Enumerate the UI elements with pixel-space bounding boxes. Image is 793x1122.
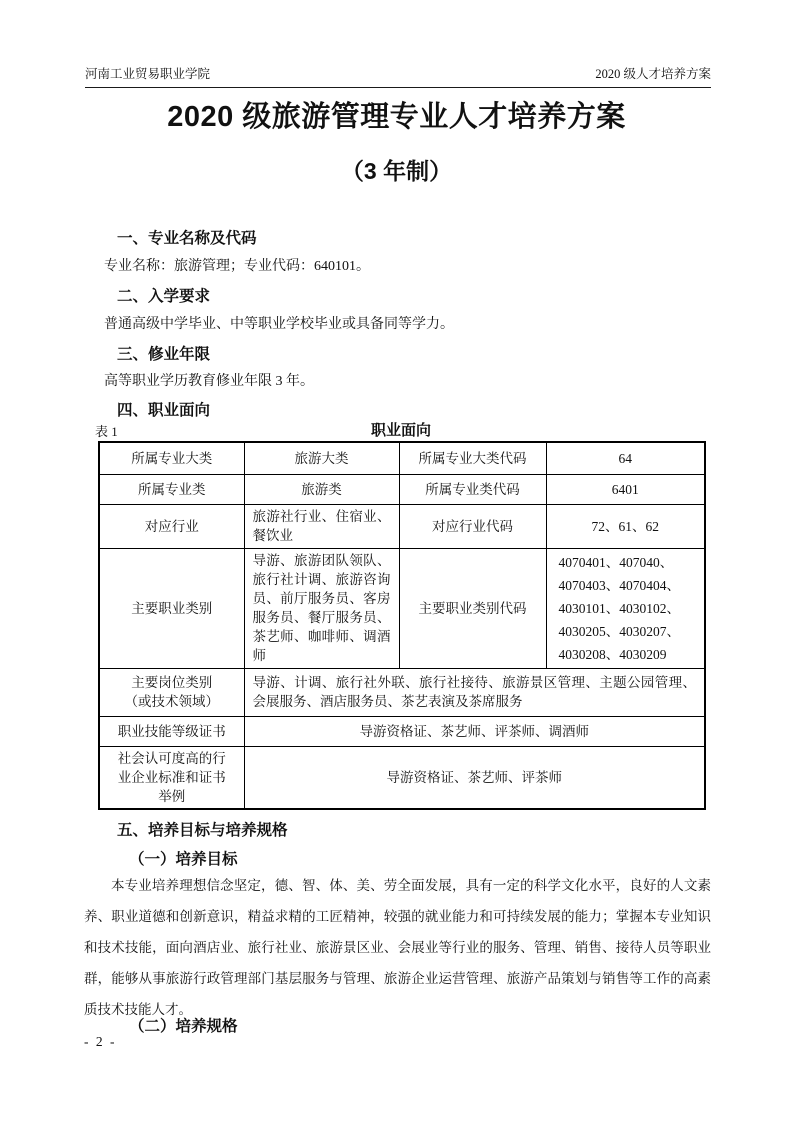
cell-code-label: 主要职业类别代码 xyxy=(399,548,546,668)
section-5-heading: 五、培养目标与培养规格 xyxy=(117,820,288,841)
page-number: - 2 - xyxy=(84,1034,117,1050)
cell-code-label: 所属专业类代码 xyxy=(399,474,546,504)
document-title: 2020 级旅游管理专业人才培养方案 xyxy=(0,99,793,135)
table-row: 职业技能等级证书 导游资格证、茶艺师、评茶师、调酒师 xyxy=(99,716,705,746)
section-1-heading: 一、专业名称及代码 xyxy=(117,228,257,249)
cell-label: 主要岗位类别（或技术领域） xyxy=(99,668,244,716)
cell-code-value: 4070401、407040、4070403、4070404、4030101、4… xyxy=(546,548,705,668)
table-caption-title: 职业面向 xyxy=(98,421,704,441)
cell-value: 导游、旅游团队领队、旅行社计调、旅游咨询员、前厅服务员、客房服务员、餐厅服务员、… xyxy=(244,548,399,668)
table-row: 所属专业类 旅游类 所属专业类代码 6401 xyxy=(99,474,705,504)
section-2-body: 普通高级中学毕业、中等职业学校毕业或具备同等学力。 xyxy=(104,315,704,335)
cell-label: 对应行业 xyxy=(99,504,244,548)
cell-value-span: 导游资格证、茶艺师、评茶师、调酒师 xyxy=(244,716,705,746)
cell-code-value: 6401 xyxy=(546,474,705,504)
cell-code-label: 所属专业大类代码 xyxy=(399,442,546,474)
table-row: 对应行业 旅游社行业、住宿业、餐饮业 对应行业代码 72、61、62 xyxy=(99,504,705,548)
cell-value-span: 导游资格证、茶艺师、评茶师 xyxy=(244,746,705,809)
cell-value: 旅游类 xyxy=(244,474,399,504)
table-row: 社会认可度高的行业企业标准和证书举例 导游资格证、茶艺师、评茶师 xyxy=(99,746,705,809)
cell-label: 主要职业类别 xyxy=(99,548,244,668)
table-row: 主要岗位类别（或技术领域） 导游、计调、旅行社外联、旅行社接待、旅游景区管理、主… xyxy=(99,668,705,716)
cell-value: 旅游社行业、住宿业、餐饮业 xyxy=(244,504,399,548)
header-school-name: 河南工业贸易职业学院 xyxy=(85,66,210,83)
table-row: 主要职业类别 导游、旅游团队领队、旅行社计调、旅游咨询员、前厅服务员、客房服务员… xyxy=(99,548,705,668)
cell-value: 旅游大类 xyxy=(244,442,399,474)
training-goals-paragraph: 本专业培养理想信念坚定，德、智、体、美、劳全面发展，具有一定的科学文化水平，良好… xyxy=(84,870,711,1025)
section-2-heading: 二、入学要求 xyxy=(117,286,210,307)
running-header: 河南工业贸易职业学院 2020 级人才培养方案 xyxy=(85,66,711,88)
header-doc-label: 2020 级人才培养方案 xyxy=(595,66,711,83)
section-3-body: 高等职业学历教育修业年限 3 年。 xyxy=(104,372,704,392)
subsection-1-heading: （一）培养目标 xyxy=(129,849,238,870)
table-caption: 表 1 职业面向 xyxy=(98,421,704,441)
document-subtitle: （3 年制） xyxy=(0,155,793,187)
cell-label: 社会认可度高的行业企业标准和证书举例 xyxy=(99,746,244,809)
occupation-table-wrap: 所属专业大类 旅游大类 所属专业大类代码 64 所属专业类 旅游类 所属专业类代… xyxy=(98,441,706,810)
cell-code-label: 对应行业代码 xyxy=(399,504,546,548)
table-caption-label: 表 1 xyxy=(95,423,118,441)
subsection-2-heading: （二）培养规格 xyxy=(129,1016,238,1037)
cell-label: 所属专业类 xyxy=(99,474,244,504)
cell-code-value: 72、61、62 xyxy=(546,504,705,548)
section-3-heading: 三、修业年限 xyxy=(117,344,210,365)
section-1-body: 专业名称：旅游管理；专业代码：640101。 xyxy=(104,257,704,277)
document-page: 河南工业贸易职业学院 2020 级人才培养方案 2020 级旅游管理专业人才培养… xyxy=(0,0,793,1122)
table-row: 所属专业大类 旅游大类 所属专业大类代码 64 xyxy=(99,442,705,474)
section-4-heading: 四、职业面向 xyxy=(117,400,210,421)
cell-label: 所属专业大类 xyxy=(99,442,244,474)
occupation-table: 所属专业大类 旅游大类 所属专业大类代码 64 所属专业类 旅游类 所属专业类代… xyxy=(98,441,706,810)
cell-code-value: 64 xyxy=(546,442,705,474)
cell-value-span: 导游、计调、旅行社外联、旅行社接待、旅游景区管理、主题公园管理、会展服务、酒店服… xyxy=(244,668,705,716)
cell-label: 职业技能等级证书 xyxy=(99,716,244,746)
